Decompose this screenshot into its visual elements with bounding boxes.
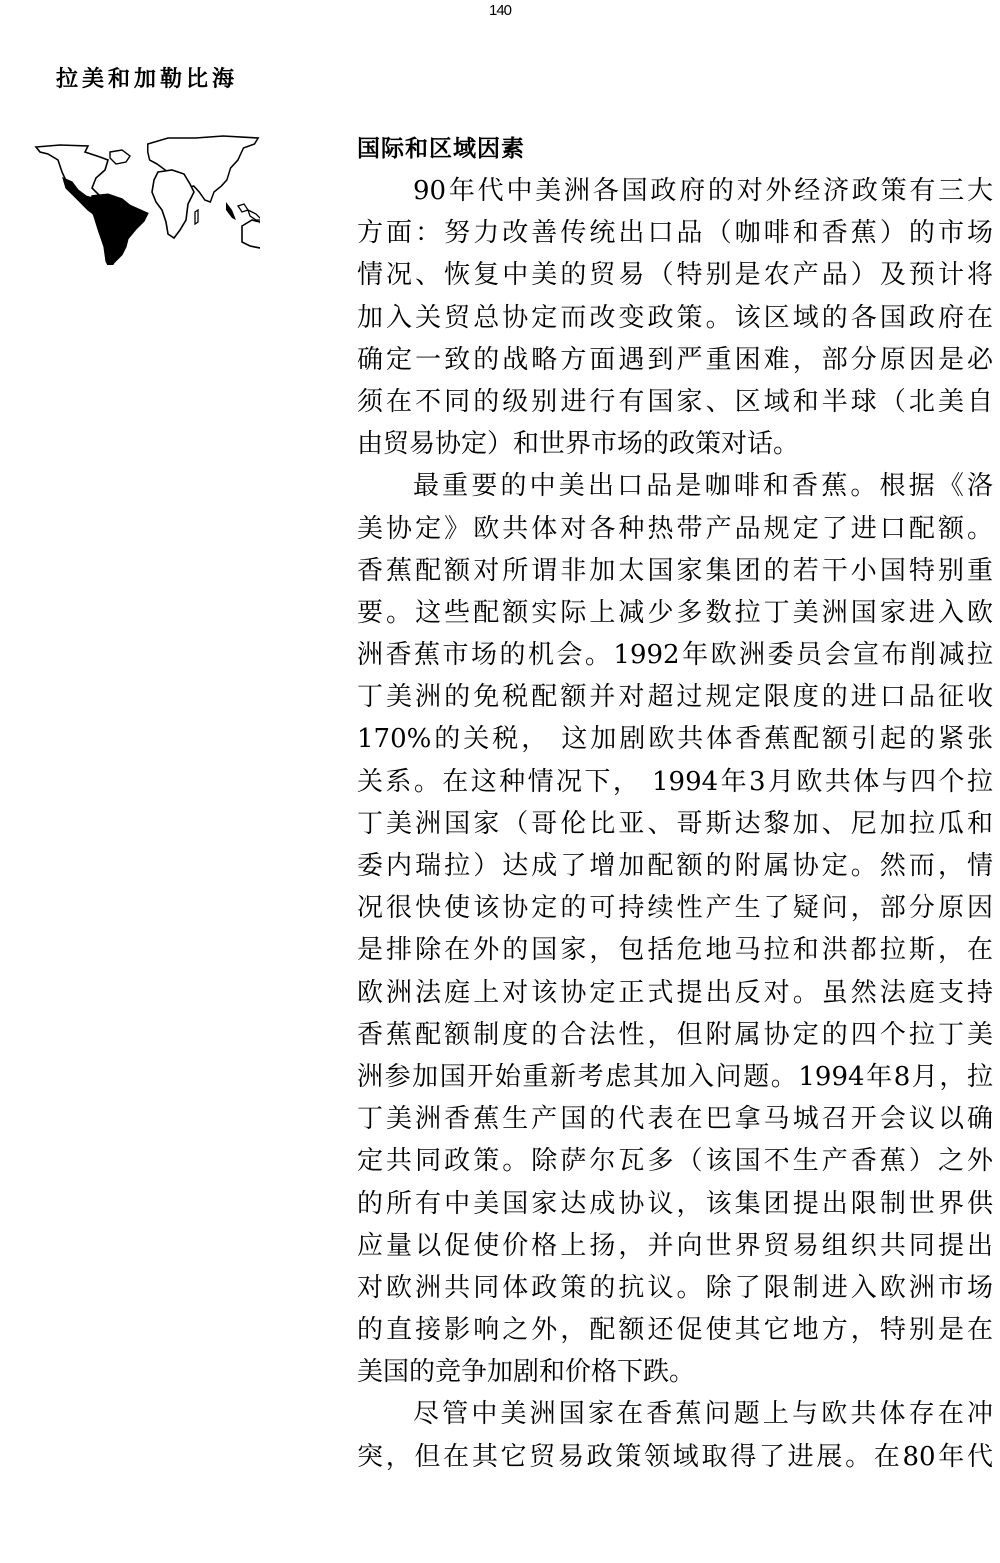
text-line: 丁美洲的免税配额并对超过规定限度的进口品征收 [357,676,993,718]
text-line: 美协定》欧共体对各种热带产品规定了进口配额。 [357,508,993,550]
text-line: 情况、恢复中美的贸易（特别是农产品）及预计将 [357,254,993,296]
text-line: 丁美洲国家（哥伦比亚、哥斯达黎加、尼加拉瓜和 [357,803,993,845]
text-line: 90年代中美洲各国政府的对外经济政策有三大 [357,170,993,212]
text-line: 尽管中美洲国家在香蕉问题上与欧共体存在冲 [357,1393,993,1435]
text-line: 洲香蕉市场的机会。1992年欧洲委员会宣布削减拉 [357,634,993,676]
text-line: 洲参加国开始重新考虑其加入问题。1994年8月，拉 [357,1056,993,1098]
text-line: 香蕉配额制度的合法性，但附属协定的四个拉丁美 [357,1014,993,1056]
text-line: 委内瑞拉）达成了增加配额的附属协定。然而，情 [357,845,993,887]
text-line: 欧洲法庭上对该协定正式提出反对。虽然法庭支持 [357,972,993,1014]
text-line: 对欧洲共同体政策的抗议。除了限制进入欧洲市场 [357,1267,993,1309]
page-number: 140 [0,2,1000,19]
text-line: 由贸易协定）和世界市场的政策对话。 [357,423,993,465]
text-line: 美国的竞争加剧和价格下跌。 [357,1351,993,1393]
text-line: 关系。在这种情况下， 1994年3月欧共体与四个拉 [357,761,993,803]
text-line: 的所有中美国家达成协议，该集团提出限制世界供 [357,1183,993,1225]
text-line: 是排除在外的国家，包括危地马拉和洪都拉斯，在 [357,929,993,971]
text-line: 确定一致的战略方面遇到严重困难，部分原因是必 [357,339,993,381]
body-text: 90年代中美洲各国政府的对外经济政策有三大方面：努力改善传统出口品（咖啡和香蕉）… [357,170,997,1478]
text-line: 香蕉配额对所谓非加太国家集团的若干小国特别重 [357,550,993,592]
text-line: 要。这些配额实际上减少多数拉丁美洲国家进入欧 [357,592,993,634]
running-head: 拉美和加勒比海 [56,62,238,93]
text-line: 的直接影响之外，配额还促使其它地方，特别是在 [357,1309,993,1351]
text-line: 定共同政策。除萨尔瓦多（该国不生产香蕉）之外 [357,1140,993,1182]
text-line: 最重要的中美出口品是咖啡和香蕉。根据《洛 [357,465,993,507]
text-line: 况很快使该协定的可持续性产生了疑问，部分原因 [357,887,993,929]
text-line: 170%的关税， 这加剧欧共体香蕉配额引起的紧张 [357,718,993,760]
text-line: 须在不同的级别进行有国家、区域和半球（北美自 [357,381,993,423]
section-title: 国际和区域因素 [357,130,525,163]
text-line: 丁美洲香蕉生产国的代表在巴拿马城召开会议以确 [357,1098,993,1140]
text-line: 突，但在其它贸易政策领域取得了进展。在80年代 [357,1436,993,1478]
text-line: 加入关贸总协定而改变政策。该区域的各国政府在 [357,297,993,339]
world-map-icon [30,130,260,265]
text-line: 应量以促使价格上扬，并向世界贸易组织共同提出 [357,1225,993,1267]
text-line: 方面：努力改善传统出口品（咖啡和香蕉）的市场 [357,212,993,254]
